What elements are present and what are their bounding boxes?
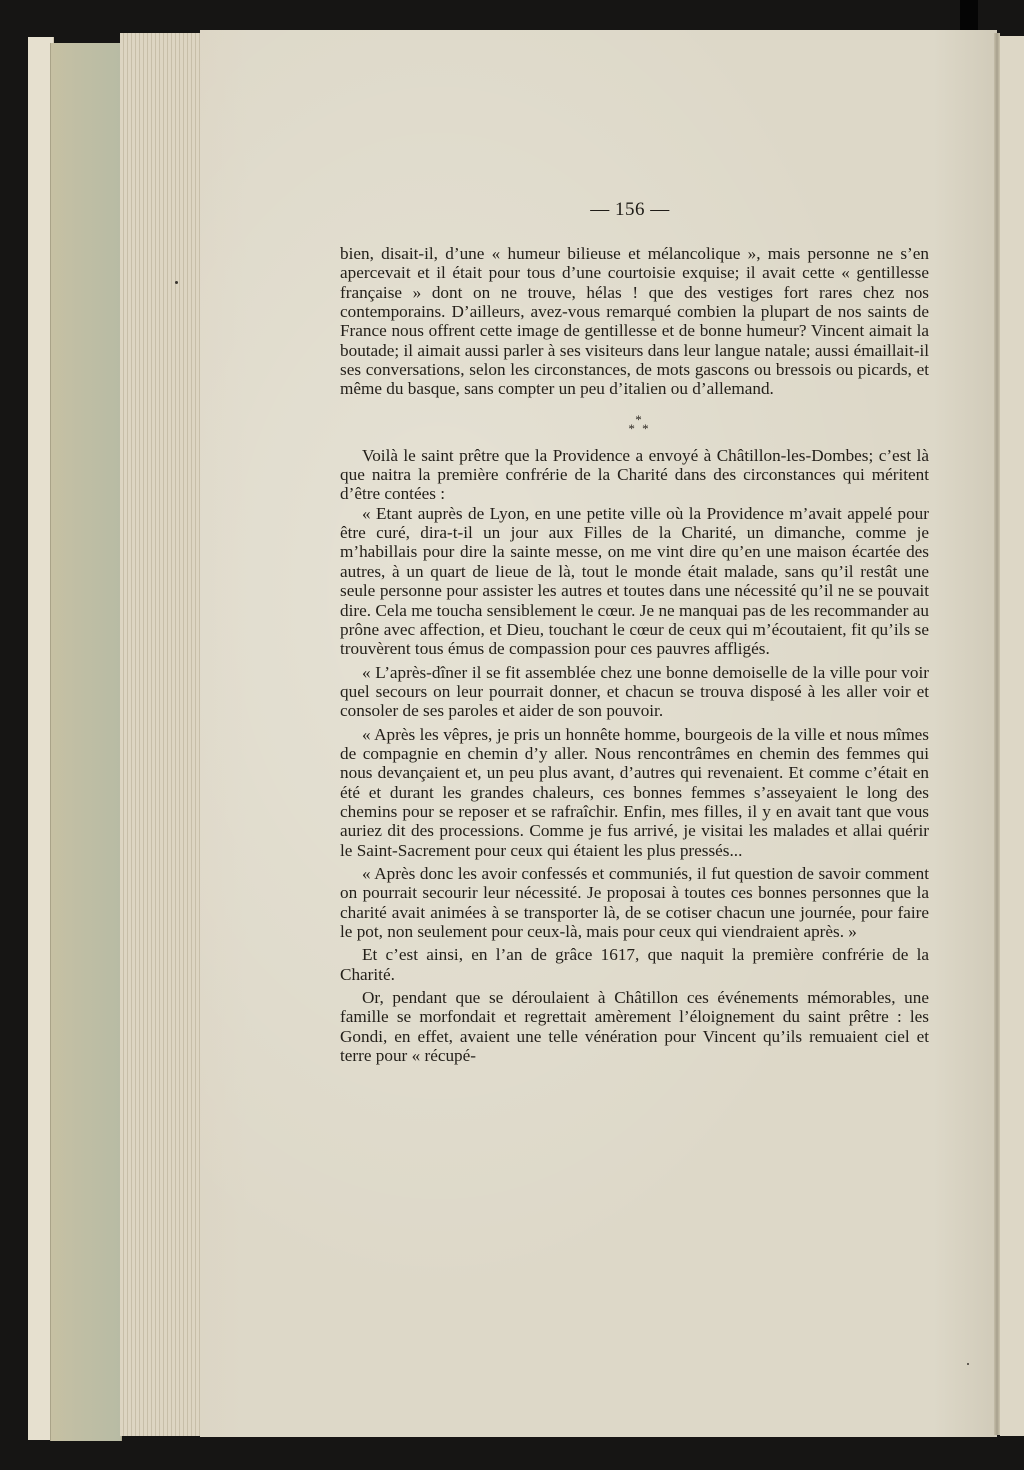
quote-paragraph: « Etant auprès de Lyon, en une petite vi… [340, 504, 929, 659]
asterism-bottom: * * [350, 424, 929, 433]
paragraph: Et c’est ainsi, en l’an de grâce 1617, q… [340, 945, 929, 984]
quote-paragraph: « Après les vêpres, je pris un honnête h… [340, 725, 929, 860]
quote-paragraph: « L’après-dîner il se fit assemblée chez… [340, 663, 929, 721]
paragraph: bien, disait-il, d’une « humeur bilieuse… [340, 244, 929, 399]
section-separator: * * * [340, 415, 929, 433]
ink-speck [175, 281, 178, 284]
body-text: bien, disait-il, d’une « humeur bilieuse… [340, 244, 929, 1065]
ink-speck [967, 1363, 969, 1365]
paragraph: Or, pendant que se déroulaient à Châtill… [340, 988, 929, 1065]
scan-dark-edge [960, 0, 978, 30]
page-number: — 156 — [560, 199, 700, 221]
page-stack-edges [120, 33, 203, 1436]
paragraph: Voilà le saint prêtre que la Providence … [340, 446, 929, 504]
facing-page-edge [1000, 36, 1024, 1436]
book-endpaper [50, 43, 122, 1441]
quote-paragraph: « Après donc les avoir confessés et comm… [340, 864, 929, 941]
